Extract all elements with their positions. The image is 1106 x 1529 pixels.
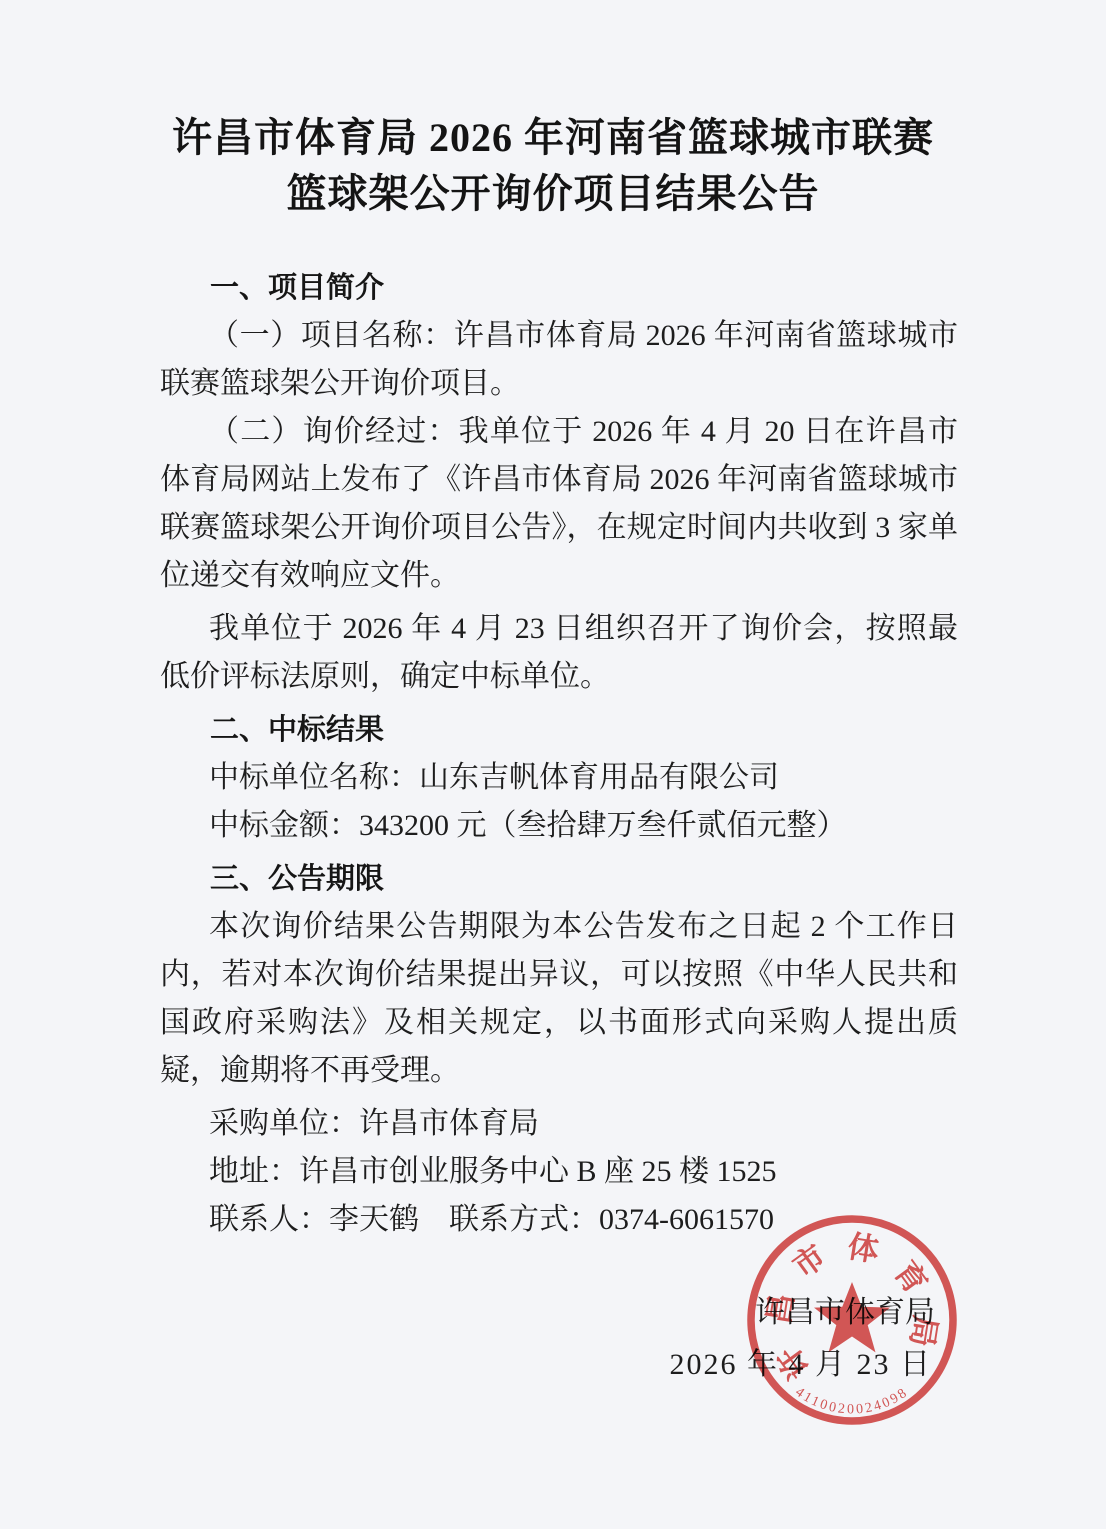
paragraph-announcement-period: 本次询价结果公告期限为本公告发布之日起 2 个工作日内，若对本次询价结果提出异议… — [160, 903, 958, 1095]
seal-char-0: 许 — [770, 1340, 817, 1386]
document-body: 一、项目简介 （一）项目名称：许昌市体育局 2026 年河南省篮球城市联赛篮球架… — [160, 264, 958, 1244]
paragraph-purchaser: 采购单位：许昌市体育局 — [160, 1100, 958, 1148]
paragraph-inquiry-process: （二）询价经过：我单位于 2026 年 4 月 20 日在许昌市体育局网站上发布… — [160, 408, 958, 600]
paragraph-inquiry-meeting: 我单位于 2026 年 4 月 23 日组织召开了询价会，按照最低价评标法原则，… — [160, 605, 958, 701]
seal-char-4: 育 — [887, 1255, 934, 1301]
paragraph-project-name: （一）项目名称：许昌市体育局 2026 年河南省篮球城市联赛篮球架公开询价项目。 — [160, 312, 958, 408]
seal-star-icon — [814, 1282, 890, 1352]
seal-char-5: 局 — [904, 1313, 943, 1349]
seal-char-3: 体 — [845, 1229, 881, 1268]
paragraph-address: 地址：许昌市创业服务中心 B 座 25 楼 1525 — [160, 1148, 958, 1196]
section-heading-award-result: 二、中标结果 — [160, 706, 958, 754]
title-line-2: 篮球架公开询价项目结果公告 — [0, 166, 1106, 222]
seal-char-2: 市 — [787, 1238, 833, 1285]
section-heading-announcement-period: 三、公告期限 — [160, 855, 958, 903]
section-heading-project-intro: 一、项目简介 — [160, 264, 958, 312]
official-seal-stamp: 许 昌 市 体 育 局 4110020024098 — [742, 1210, 962, 1430]
document-title: 许昌市体育局 2026 年河南省篮球城市联赛 篮球架公开询价项目结果公告 — [0, 110, 1106, 222]
paragraph-award-amount: 中标金额：343200 元（叁拾肆万叁仟贰佰元整） — [160, 802, 958, 850]
paragraph-winner-name: 中标单位名称：山东吉帆体育用品有限公司 — [160, 754, 958, 802]
seal-char-1: 昌 — [761, 1291, 800, 1327]
title-line-1: 许昌市体育局 2026 年河南省篮球城市联赛 — [0, 110, 1106, 166]
document-page: 许昌市体育局 2026 年河南省篮球城市联赛 篮球架公开询价项目结果公告 一、项… — [0, 0, 1106, 1529]
